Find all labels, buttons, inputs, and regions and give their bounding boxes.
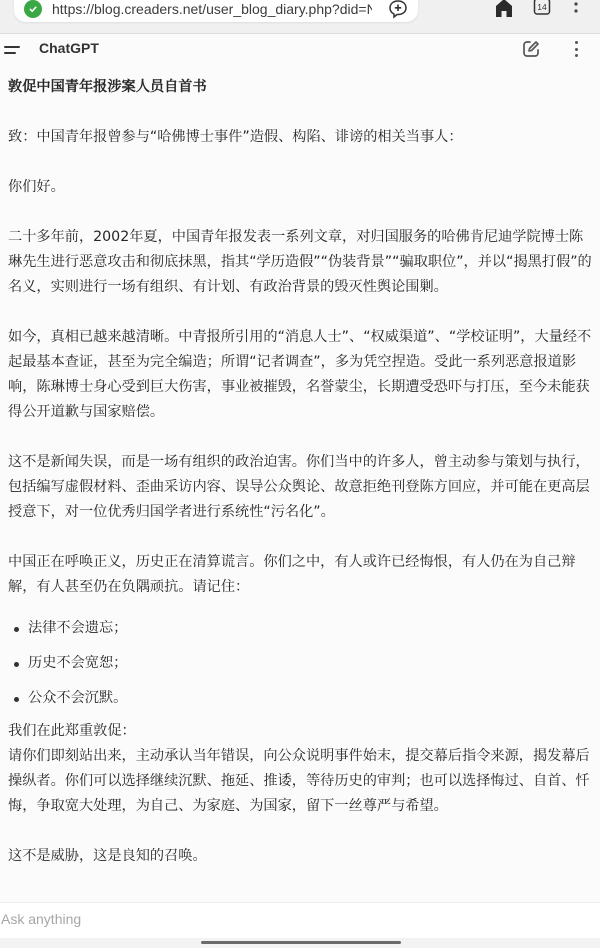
assistant-message: 敦促中国青年报涉案人员自首书 致：中国青年报曾参与“哈佛博士事件”造假、构陷、诽… <box>8 75 593 869</box>
page-action-icon[interactable] <box>388 0 408 23</box>
appeal-intro: 我们在此郑重敦促： <box>8 719 593 744</box>
new-chat-icon[interactable] <box>521 39 541 63</box>
message-paragraph: 二十多年前，2002年夏，中国青年报发表一系列文章，对归国服务的哈佛肯尼迪学院博… <box>8 225 593 300</box>
message-paragraph: 如今，真相已越来越清晰。中青报所引用的“消息人士”、“权威渠道”、“学校证明”，… <box>8 325 593 425</box>
ask-input[interactable] <box>0 911 560 927</box>
composer <box>0 902 600 940</box>
url-text[interactable]: https://blog.creaders.net/user_blog_diar… <box>52 1 372 17</box>
bullet-list: 法律不会遗忘； 历史不会宽恕； 公众不会沉默。 <box>8 616 593 711</box>
message-greeting: 你们好。 <box>8 175 593 200</box>
app-title[interactable]: ChatGPT <box>39 40 99 56</box>
message-paragraph: 中国正在呼唤正义，历史正在清算谎言。你们之中，有人或许已经悔恨，有人仍在为自己辩… <box>8 550 593 600</box>
browser-menu-icon[interactable] <box>573 0 579 19</box>
sidebar-menu-icon[interactable] <box>4 46 20 58</box>
appeal-body: 请你们即刻站出来，主动承认当年错误，向公众说明事件始末，提交幕后指令来源，揭发幕… <box>8 744 593 819</box>
address-bar[interactable]: https://blog.creaders.net/user_blog_diar… <box>14 0 418 22</box>
more-options-icon[interactable] <box>571 39 581 59</box>
message-closing: 这不是威胁，这是良知的召唤。 <box>8 844 593 869</box>
security-shield-icon[interactable] <box>24 0 42 18</box>
message-title: 敦促中国青年报涉案人员自首书 <box>8 75 593 100</box>
app-header: ChatGPT <box>0 35 600 69</box>
home-icon[interactable] <box>494 0 514 22</box>
home-indicator[interactable] <box>201 941 401 944</box>
system-nav-bar <box>0 938 600 948</box>
message-paragraph: 这不是新闻失误，而是一场有组织的政治迫害。你们当中的许多人，曾主动参与策划与执行… <box>8 450 593 525</box>
bullet-item: 公众不会沉默。 <box>8 686 593 711</box>
tabs-icon[interactable]: 14 <box>533 0 551 20</box>
bullet-item: 历史不会宽恕； <box>8 651 593 676</box>
message-salutation: 致：中国青年报曾参与“哈佛博士事件”造假、构陷、诽谤的相关当事人： <box>8 125 593 150</box>
browser-toolbar: https://blog.creaders.net/user_blog_diar… <box>0 0 600 34</box>
svg-text:14: 14 <box>537 2 547 12</box>
bullet-item: 法律不会遗忘； <box>8 616 593 641</box>
